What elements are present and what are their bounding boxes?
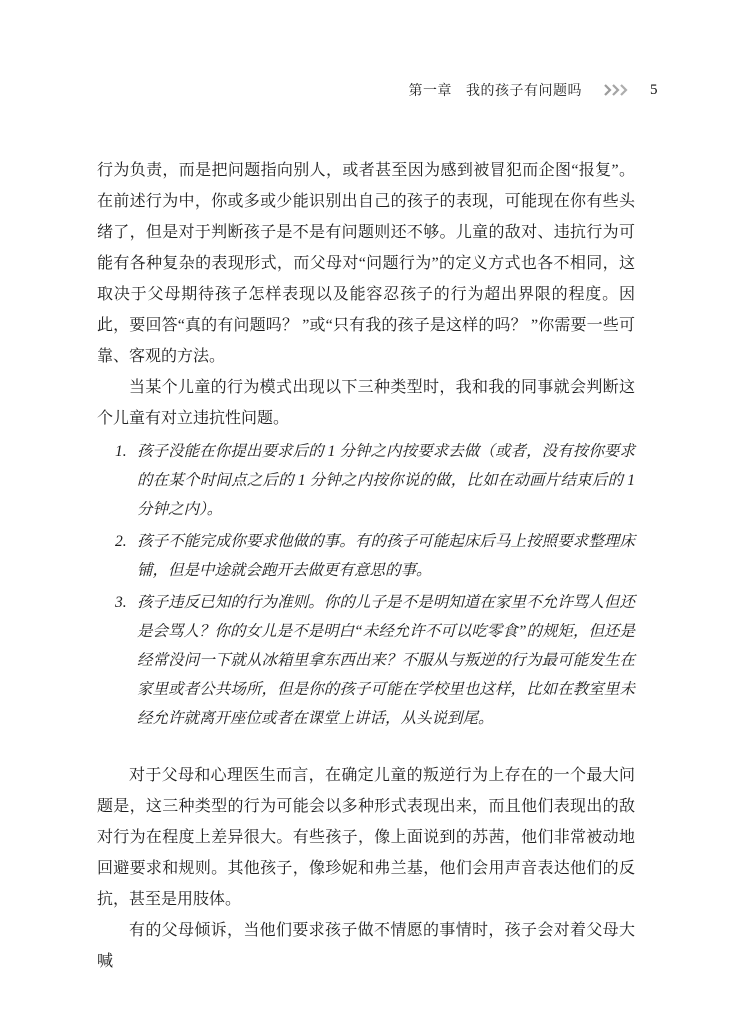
list-item-number: 3.	[115, 588, 137, 617]
list-item-number: 2.	[115, 527, 137, 556]
running-head-title: 我的孩子有问题吗	[466, 80, 582, 100]
list-item-text: 孩子没能在你提出要求后的 1 分钟之内按要求去做（或者，没有按你要求的在某个时间…	[137, 437, 635, 524]
chapter-label: 第一章	[409, 80, 453, 100]
paragraph-parents: 有的父母倾诉，当他们要求孩子做不情愿的事情时，孩子会对着父母大喊	[97, 915, 635, 977]
list-item: 3. 孩子违反已知的行为准则。你的儿子是不是明知道在家里不允许骂人但还是会骂人？…	[115, 588, 635, 733]
running-head: 第一章 我的孩子有问题吗 5	[409, 80, 659, 100]
triple-chevron-icon	[604, 84, 634, 96]
page-number: 5	[650, 82, 658, 99]
body-text-block: 行为负责，而是把问题指向别人，或者甚至因为感到被冒犯而企图“报复”。在前述行为中…	[97, 155, 635, 977]
paragraph-intro-list: 当某个儿童的行为模式出现以下三种类型时，我和我的同事就会判断这个儿童有对立违抗性…	[97, 372, 635, 434]
list-item-number: 1.	[115, 437, 137, 466]
criteria-list: 1. 孩子没能在你提出要求后的 1 分钟之内按要求去做（或者，没有按你要求的在某…	[97, 437, 635, 733]
paragraph-continued: 行为负责，而是把问题指向别人，或者甚至因为感到被冒犯而企图“报复”。在前述行为中…	[97, 155, 635, 372]
paragraph-discussion: 对于父母和心理医生而言，在确定儿童的叛逆行为上存在的一个最大问题是，这三种类型的…	[97, 760, 635, 915]
book-page: 第一章 我的孩子有问题吗 5 行为负责，而是把问题指向别人，或者甚至因为感到被冒…	[0, 0, 730, 1031]
list-item: 2. 孩子不能完成你要求他做的事。有的孩子可能起床后马上按照要求整理床铺，但是中…	[115, 527, 635, 585]
list-item-text: 孩子不能完成你要求他做的事。有的孩子可能起床后马上按照要求整理床铺，但是中途就会…	[137, 527, 635, 585]
list-item-text: 孩子违反已知的行为准则。你的儿子是不是明知道在家里不允许骂人但还是会骂人？你的女…	[137, 588, 635, 733]
list-item: 1. 孩子没能在你提出要求后的 1 分钟之内按要求去做（或者，没有按你要求的在某…	[115, 437, 635, 524]
